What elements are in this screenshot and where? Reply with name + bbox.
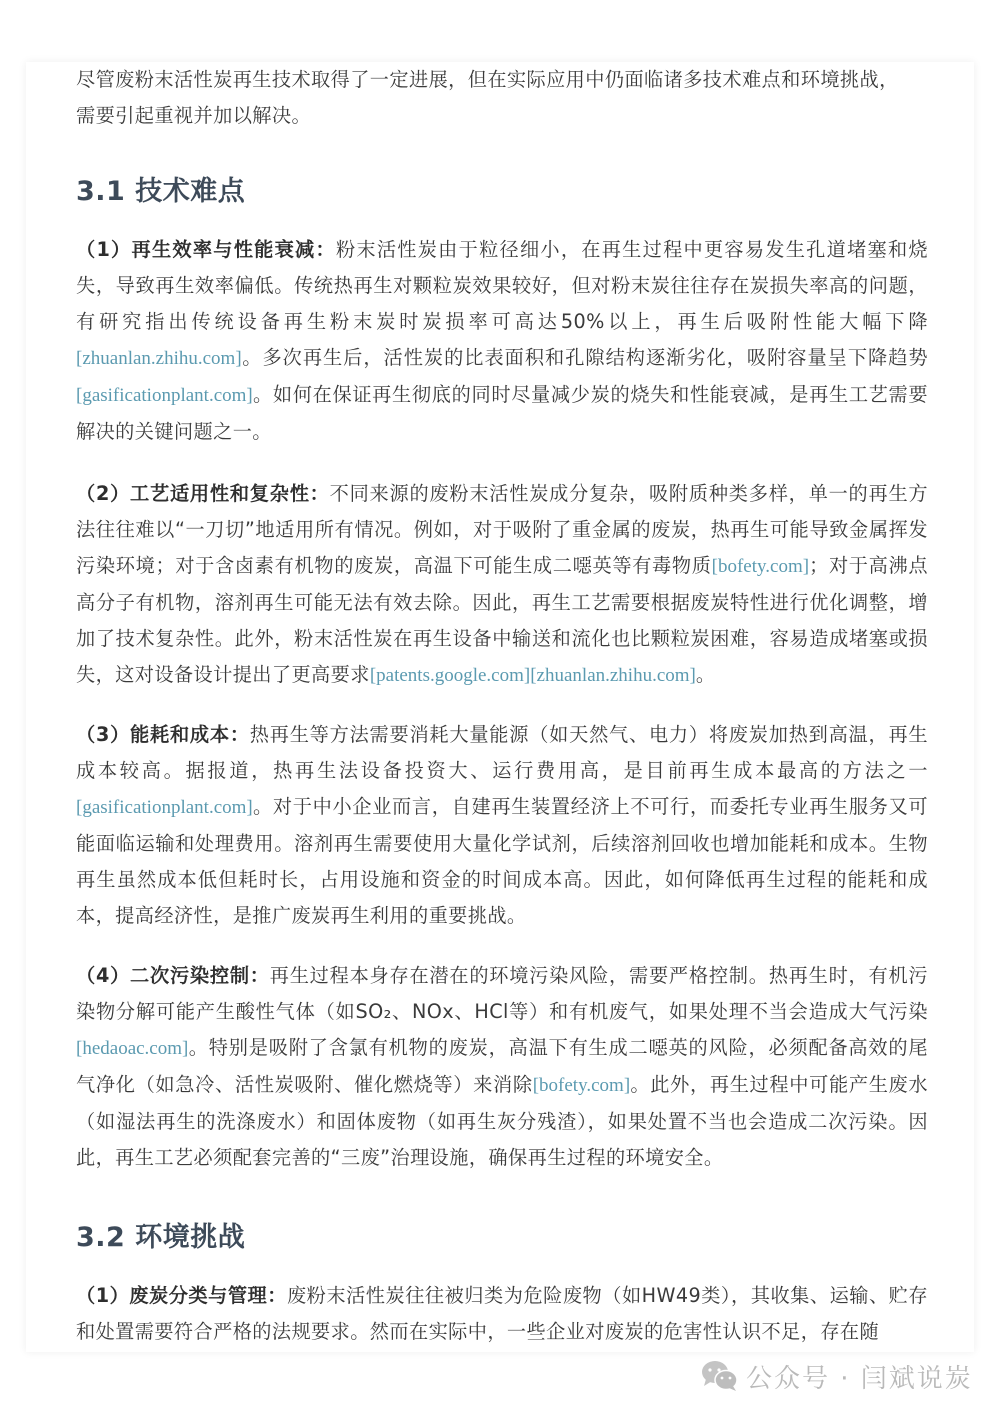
item-waste-classification: （1）废炭分类与管理：废粉末活性炭往往被归类为危险废物（如HW49类），其收集、… xyxy=(76,1278,928,1350)
item-text: 。多次再生后，活性炭的比表面积和孔隙结构逐渐劣化，吸附容量呈下降趋势 xyxy=(242,346,928,369)
item-label: （4）二次污染控制： xyxy=(76,964,270,987)
section-title-3-2: 3.2 环境挑战 xyxy=(76,1218,245,1258)
wechat-icon xyxy=(700,1359,740,1393)
item-label: （3）能耗和成本： xyxy=(76,723,250,746)
item-process-applicability: （2）工艺适用性和复杂性：不同来源的废粉末活性炭成分复杂，吸附质种类多样，单一的… xyxy=(76,476,928,694)
item-label: （2）工艺适用性和复杂性： xyxy=(76,482,330,505)
citation-link[interactable]: [hedaoac.com] xyxy=(76,1038,188,1059)
item-regeneration-efficiency: （1）再生效率与性能衰减：粉末活性炭由于粒径细小，在再生过程中更容易发生孔道堵塞… xyxy=(76,232,928,450)
item-secondary-pollution: （4）二次污染控制：再生过程本身存在潜在的环境污染风险，需要严格控制。热再生时，… xyxy=(76,958,928,1176)
citation-link[interactable]: [patents.google.com] xyxy=(370,665,530,686)
watermark: 公众号 · 闫斌说炭 xyxy=(700,1356,973,1396)
citation-link[interactable]: [bofety.com] xyxy=(533,1075,630,1096)
intro-line-1: 尽管废粉末活性炭再生技术取得了一定进展，但在实际应用中仍面临诸多技术难点和环境挑… xyxy=(76,68,899,91)
intro-line-2: 需要引起重视并加以解决。 xyxy=(76,104,311,127)
watermark-text: 公众号 · 闫斌说炭 xyxy=(746,1358,973,1395)
item-text: 。 xyxy=(696,663,716,686)
item-energy-cost: （3）能耗和成本：热再生等方法需要消耗大量能源（如天然气、电力）将废炭加热到高温… xyxy=(76,717,928,934)
citation-link[interactable]: [gasificationplant.com] xyxy=(76,797,253,818)
article-card: 尽管废粉末活性炭再生技术取得了一定进展，但在实际应用中仍面临诸多技术难点和环境挑… xyxy=(26,62,974,1352)
citation-link[interactable]: [bofety.com] xyxy=(712,556,809,577)
citation-link[interactable]: [zhuanlan.zhihu.com] xyxy=(530,665,696,686)
citation-link[interactable]: [zhuanlan.zhihu.com] xyxy=(76,348,242,369)
item-label: （1）废炭分类与管理： xyxy=(76,1284,287,1307)
intro-paragraph: 尽管废粉末活性炭再生技术取得了一定进展，但在实际应用中仍面临诸多技术难点和环境挑… xyxy=(76,62,928,134)
section-title-3-1: 3.1 技术难点 xyxy=(76,172,245,212)
citation-link[interactable]: [gasificationplant.com] xyxy=(76,385,253,406)
item-label: （1）再生效率与性能衰减： xyxy=(76,238,336,261)
